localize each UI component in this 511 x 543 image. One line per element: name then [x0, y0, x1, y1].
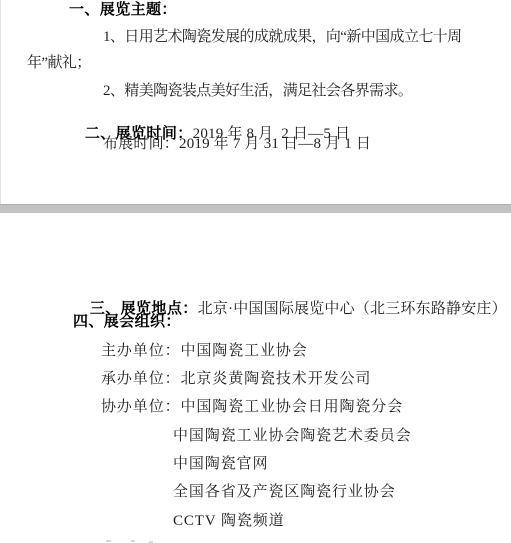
- clipped-next-line-fragment: [106, 540, 111, 542]
- theme-item-1-line-2: 年”献礼；: [27, 56, 91, 71]
- undertaker-line: 承办单位：北京炎黄陶瓷技术开发公司: [101, 372, 371, 387]
- exhibition-venue-value: 北京·中国国际展览中心（北三环东路静安庄）: [198, 301, 507, 317]
- theme-item-1-line-1: 1、日用艺术陶瓷发展的成就成果，向“新中国成立七十周: [103, 30, 462, 45]
- document-viewport: 一、展览主题： 1、日用艺术陶瓷发展的成就成果，向“新中国成立七十周 年”献礼；…: [0, 0, 511, 543]
- co-organizer-line-2: 中国陶瓷工业协会陶瓷艺术委员会: [173, 429, 412, 444]
- clipped-next-line-fragment: [131, 540, 135, 542]
- heading-exhibition-theme: 一、展览主题：: [69, 3, 177, 18]
- co-organizer-line-5: CCTV 陶瓷频道: [173, 514, 285, 529]
- heading-exhibition-organization: 四、展会组织：: [73, 315, 181, 330]
- page-break-gap: [0, 204, 511, 213]
- co-organizer-line-3: 中国陶瓷官网: [173, 457, 268, 472]
- page1-left-edge: [0, 0, 1, 204]
- co-organizer-line-4: 全国各省及产瓷区陶瓷行业协会: [173, 485, 396, 500]
- setup-time-line: 布展时间：2019 年 7 月 31 日—8 月 1 日: [103, 137, 371, 152]
- organizer-line: 主办单位：中国陶瓷工业协会: [101, 344, 308, 359]
- theme-item-2: 2、精美陶瓷装点美好生活，满足社会各界需求。: [103, 84, 412, 99]
- co-organizer-line-1: 协办单位：中国陶瓷工业协会日用陶瓷分会: [101, 400, 403, 415]
